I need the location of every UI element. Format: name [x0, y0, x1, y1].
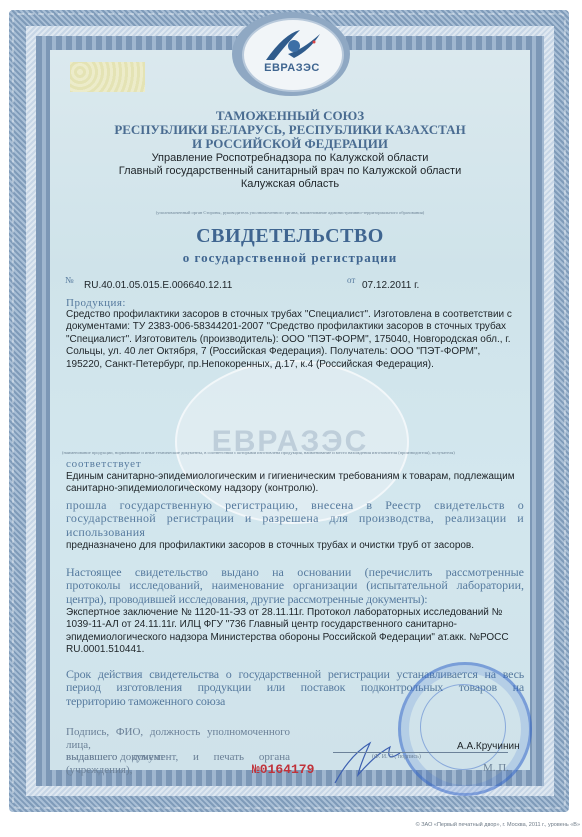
purpose-text: предназначено для профилактики засоров в… — [66, 540, 474, 551]
number-label: № — [65, 275, 74, 285]
conformity-label: соответствует — [66, 458, 141, 470]
date-label: от — [347, 275, 355, 285]
hologram-icon — [70, 62, 145, 92]
product-line: Средство профилактики засоров в сточных … — [66, 309, 536, 321]
official-seal-inner-icon — [420, 684, 506, 770]
conformity-line: санитарно-эпидемиологическому надзору (к… — [66, 483, 536, 495]
registration-date: 07.12.2011 г. — [362, 280, 419, 291]
union-line: ТАМОЖЕННЫЙ СОЮЗ — [60, 109, 520, 123]
product-description: Средство профилактики засоров в сточных … — [66, 309, 536, 371]
conformity-line: Единым санитарно-эпидемиологическим и ги… — [66, 471, 536, 483]
euraec-emblem-icon — [242, 18, 344, 92]
certificate-subtitle: о государственной регистрации — [60, 250, 520, 266]
union-line: РЕСПУБЛИКИ БЕЛАРУСЬ, РЕСПУБЛИКИ КАЗАХСТА… — [60, 123, 520, 137]
registry-line: использования — [66, 525, 145, 540]
signatory-name: А.А.Кручинин — [457, 741, 520, 752]
printer-credit: © ЗАО «Первый печатный двор», г. Москва,… — [360, 822, 580, 828]
certificate-title: СВИДЕТЕЛЬСТВО — [60, 225, 520, 248]
union-title: ТАМОЖЕННЫЙ СОЮЗ РЕСПУБЛИКИ БЕЛАРУСЬ, РЕС… — [60, 109, 520, 151]
authority-line: Калужская область — [60, 178, 520, 191]
registry-line: государственной регистрации и разрешена … — [66, 512, 524, 525]
seal-place-label: М. П. — [483, 762, 509, 774]
authority-caption: (уполномоченный орган Стороны, руководит… — [100, 210, 480, 215]
basis-label-line: центра), проводившей исследования, други… — [66, 592, 427, 607]
validity-line: территорию таможенного союза — [66, 694, 225, 709]
product-line: Сольцы, ул. 40 лет Октября, 7 (Российска… — [66, 346, 536, 358]
basis-line: RU.0001.510441. — [66, 644, 536, 656]
authority-block: Управление Роспотребнадзора по Калужской… — [60, 152, 520, 191]
basis-label: Настоящее свидетельство выдано на основа… — [66, 566, 524, 592]
logo-text: ЕВРАЗЭС — [252, 62, 332, 74]
signature-label-line: Подпись, ФИО, должность уполномоченного … — [66, 726, 290, 751]
conformity-text: Единым санитарно-эпидемиологическим и ги… — [66, 471, 536, 496]
registry-statement: прошла государственную регистрацию, внес… — [66, 499, 524, 525]
product-line: 195220, Санкт-Петербург, пр.Непокоренных… — [66, 359, 536, 371]
authority-line: Управление Роспотребнадзора по Калужской… — [60, 152, 520, 165]
product-line: "Специалист". Изготовитель (производител… — [66, 334, 536, 346]
authority-line: Главный государственный санитарный врач … — [60, 165, 520, 178]
basis-line: Экспертное заключение № 1120-11-ЭЗ от 28… — [66, 607, 536, 619]
signature-line — [333, 752, 508, 753]
signature-icon — [330, 735, 420, 785]
product-line: документами: ТУ 2383-006-58344201-2007 "… — [66, 321, 536, 333]
union-line: И РОССИЙСКОЙ ФЕДЕРАЦИИ — [60, 137, 520, 151]
basis-documents: Экспертное заключение № 1120-11-ЭЗ от 28… — [66, 607, 536, 657]
signature-label-line: выдавшего документ — [66, 751, 164, 763]
basis-line: 1039-11-АЛ от 24.11.11г. ИЛЦ ФГУ "736 Гл… — [66, 619, 536, 631]
product-caption: (наименование продукции, нормативные и и… — [62, 450, 522, 455]
product-label: Продукция: — [66, 297, 126, 309]
basis-label-line: протоколы исследований, наименование орг… — [66, 579, 524, 592]
basis-line: эпидемиологического надзора Министерства… — [66, 632, 536, 644]
signature-caption: (Ф. И. О., подпись) — [372, 754, 421, 760]
registration-number: RU.40.01.05.015.Е.006640.12.11 — [84, 280, 232, 291]
serial-number: №0164179 — [252, 762, 314, 777]
